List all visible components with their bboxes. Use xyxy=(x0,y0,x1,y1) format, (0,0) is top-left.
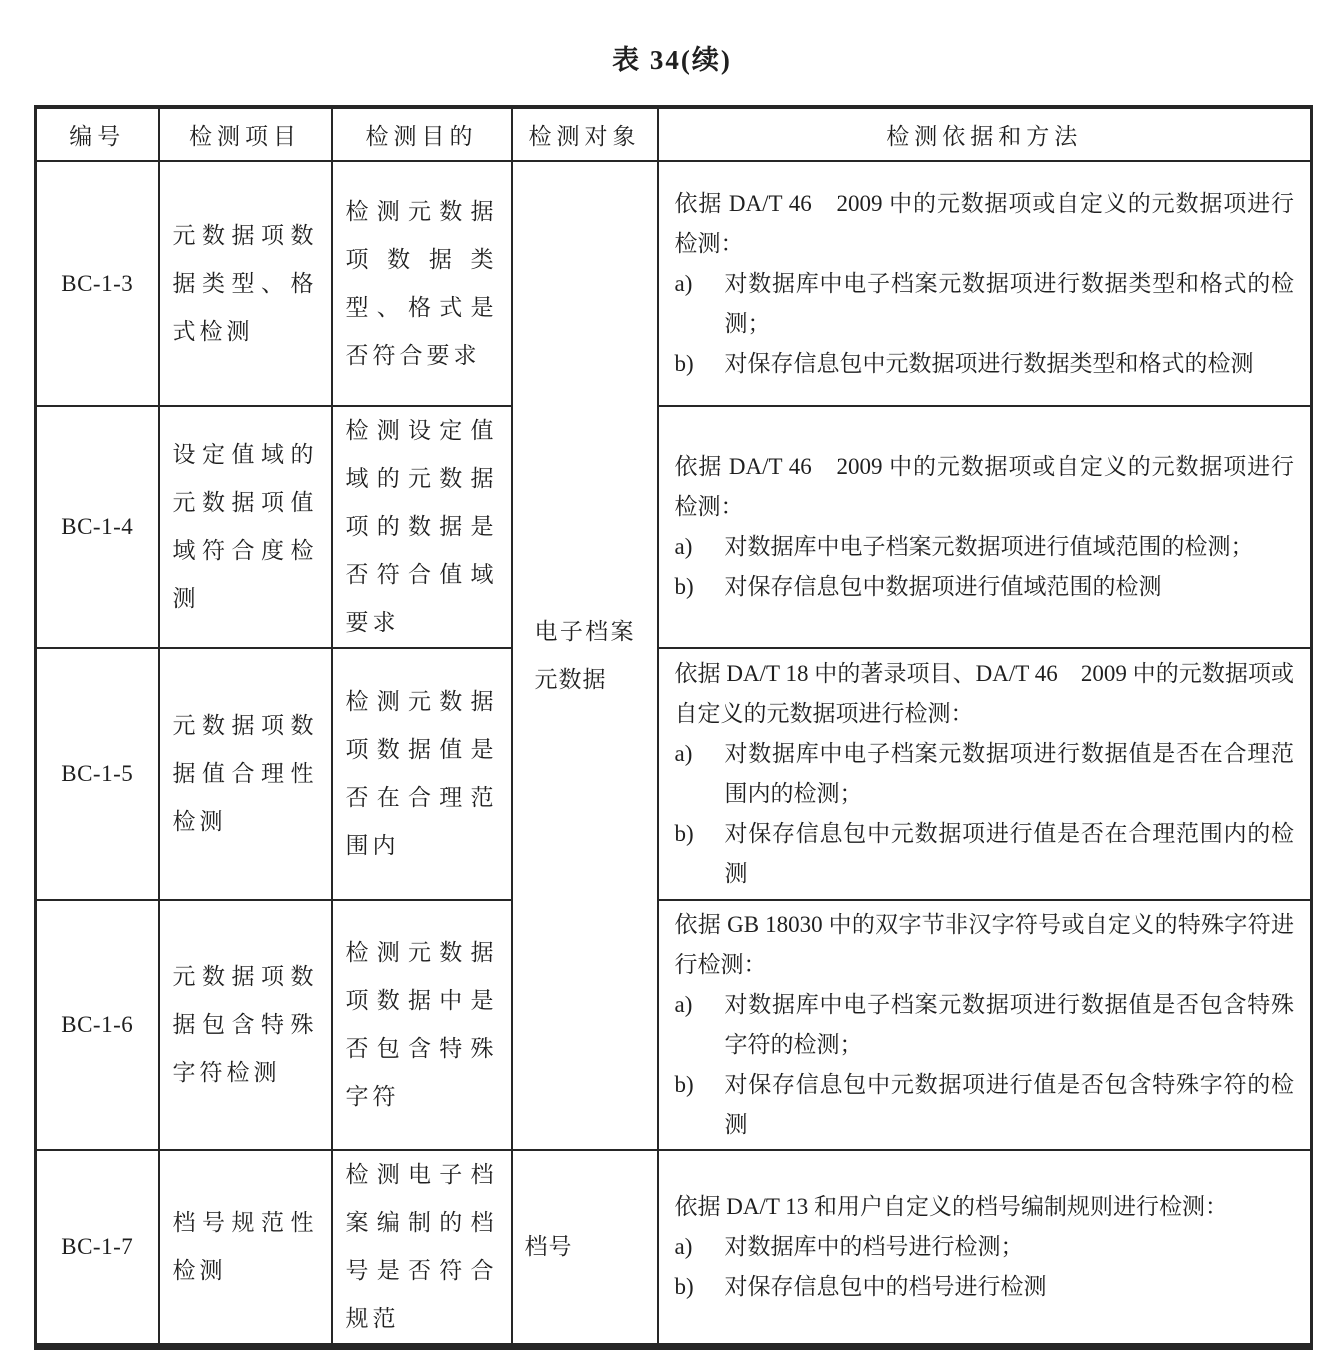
header-row: 编号 检测项目 检测目的 检测对象 检测依据和方法 xyxy=(36,107,1312,161)
list-marker: b) xyxy=(675,814,725,894)
table-title: 表 34(续) xyxy=(0,38,1344,77)
row-id: BC-1-5 xyxy=(36,648,159,900)
method-intro: 依据 DA/T 13 和用户自定义的档号编制规则进行检测： xyxy=(675,1187,1295,1227)
method-item-text: 对数据库中电子档案元数据项进行数据值是否在合理范围内的检测； xyxy=(725,734,1295,814)
table-row: BC-1-4 设定值域的元数据项值域符合度检测 检测设定值域的元数据项的数据是否… xyxy=(36,406,1312,648)
list-marker: a) xyxy=(675,264,725,344)
method-item: b) 对保存信息包中数据项进行值域范围的检测 xyxy=(675,567,1295,607)
row-id: BC-1-4 xyxy=(36,406,159,648)
method-intro: 依据 GB 18030 中的双字节非汉字符号或自定义的特殊字符进行检测： xyxy=(675,905,1295,985)
list-marker: b) xyxy=(675,567,725,607)
method-cell: 依据 DA/T 18 中的著录项目、DA/T 46 2009 中的元数据项或自定… xyxy=(658,648,1312,900)
method-item-text: 对保存信息包中数据项进行值域范围的检测 xyxy=(725,567,1295,607)
method-item-text: 对保存信息包中元数据项进行值是否包含特殊字符的检测 xyxy=(725,1065,1295,1145)
list-marker: b) xyxy=(675,1065,725,1145)
list-marker: a) xyxy=(675,1227,725,1267)
method-item: a) 对数据库中电子档案元数据项进行数据值是否包含特殊字符的检测； xyxy=(675,985,1295,1065)
method-item: a) 对数据库中电子档案元数据项进行数据值是否在合理范围内的检测； xyxy=(675,734,1295,814)
header-target: 检测对象 xyxy=(512,107,658,161)
test-purpose-cell: 检测电子档案编制的档号是否符合规范 xyxy=(332,1150,512,1347)
test-item-cell: 设定值域的元数据项值域符合度检测 xyxy=(159,406,332,648)
list-marker: a) xyxy=(675,985,725,1065)
inspection-table: 编号 检测项目 检测目的 检测对象 检测依据和方法 BC-1-3 元数据项数据类… xyxy=(34,105,1313,1350)
list-marker: b) xyxy=(675,1267,725,1307)
method-item: b) 对保存信息包中元数据项进行值是否在合理范围内的检测 xyxy=(675,814,1295,894)
header-purpose: 检测目的 xyxy=(332,107,512,161)
test-target-cell-merged: 电子档案元数据 xyxy=(512,161,658,1150)
table-row: BC-1-6 元数据项数据包含特殊字符检测 检测元数据项数据中是否包含特殊字符 … xyxy=(36,900,1312,1150)
method-item-text: 对数据库中电子档案元数据项进行值域范围的检测； xyxy=(725,527,1295,567)
test-purpose-cell: 检测设定值域的元数据项的数据是否符合值域要求 xyxy=(332,406,512,648)
method-item-text: 对保存信息包中的档号进行检测 xyxy=(725,1267,1295,1307)
method-item-text: 对保存信息包中元数据项进行值是否在合理范围内的检测 xyxy=(725,814,1295,894)
test-purpose-cell: 检测元数据项数据类型、格式是否符合要求 xyxy=(332,161,512,406)
method-item-text: 对保存信息包中元数据项进行数据类型和格式的检测 xyxy=(725,344,1295,384)
test-item-cell: 档号规范性检测 xyxy=(159,1150,332,1347)
method-item: a) 对数据库中电子档案元数据项进行数据类型和格式的检测； xyxy=(675,264,1295,344)
list-marker: a) xyxy=(675,527,725,567)
test-item-cell: 元数据项数据类型、格式检测 xyxy=(159,161,332,406)
method-cell: 依据 DA/T 46 2009 中的元数据项或自定义的元数据项进行检测： a) … xyxy=(658,161,1312,406)
method-item-text: 对数据库中电子档案元数据项进行数据值是否包含特殊字符的检测； xyxy=(725,985,1295,1065)
method-item: a) 对数据库中的档号进行检测； xyxy=(675,1227,1295,1267)
list-marker: a) xyxy=(675,734,725,814)
document-page: { "page_title": "表 34(续)", "table": { "h… xyxy=(0,0,1344,1316)
table-row: BC-1-7 档号规范性检测 检测电子档案编制的档号是否符合规范 档号 依据 D… xyxy=(36,1150,1312,1347)
method-intro: 依据 DA/T 18 中的著录项目、DA/T 46 2009 中的元数据项或自定… xyxy=(675,654,1295,734)
test-purpose-cell: 检测元数据项数据中是否包含特殊字符 xyxy=(332,900,512,1150)
method-item: a) 对数据库中电子档案元数据项进行值域范围的检测； xyxy=(675,527,1295,567)
header-id: 编号 xyxy=(36,107,159,161)
method-item-text: 对数据库中电子档案元数据项进行数据类型和格式的检测； xyxy=(725,264,1295,344)
method-item: b) 对保存信息包中元数据项进行值是否包含特殊字符的检测 xyxy=(675,1065,1295,1145)
method-item-text: 对数据库中的档号进行检测； xyxy=(725,1227,1295,1267)
row-id: BC-1-3 xyxy=(36,161,159,406)
method-cell: 依据 DA/T 13 和用户自定义的档号编制规则进行检测： a) 对数据库中的档… xyxy=(658,1150,1312,1347)
test-target-cell: 档号 xyxy=(512,1150,658,1347)
list-marker: b) xyxy=(675,344,725,384)
method-item: b) 对保存信息包中元数据项进行数据类型和格式的检测 xyxy=(675,344,1295,384)
header-item: 检测项目 xyxy=(159,107,332,161)
test-item-cell: 元数据项数据值合理性检测 xyxy=(159,648,332,900)
row-id: BC-1-6 xyxy=(36,900,159,1150)
table-row: BC-1-5 元数据项数据值合理性检测 检测元数据项数据值是否在合理范围内 依据… xyxy=(36,648,1312,900)
method-item: b) 对保存信息包中的档号进行检测 xyxy=(675,1267,1295,1307)
header-method: 检测依据和方法 xyxy=(658,107,1312,161)
row-id: BC-1-7 xyxy=(36,1150,159,1347)
method-cell: 依据 GB 18030 中的双字节非汉字符号或自定义的特殊字符进行检测： a) … xyxy=(658,900,1312,1150)
test-purpose-cell: 检测元数据项数据值是否在合理范围内 xyxy=(332,648,512,900)
method-intro: 依据 DA/T 46 2009 中的元数据项或自定义的元数据项进行检测： xyxy=(675,447,1295,527)
method-cell: 依据 DA/T 46 2009 中的元数据项或自定义的元数据项进行检测： a) … xyxy=(658,406,1312,648)
test-item-cell: 元数据项数据包含特殊字符检测 xyxy=(159,900,332,1150)
method-intro: 依据 DA/T 46 2009 中的元数据项或自定义的元数据项进行检测： xyxy=(675,184,1295,264)
table-row: BC-1-3 元数据项数据类型、格式检测 检测元数据项数据类型、格式是否符合要求… xyxy=(36,161,1312,406)
